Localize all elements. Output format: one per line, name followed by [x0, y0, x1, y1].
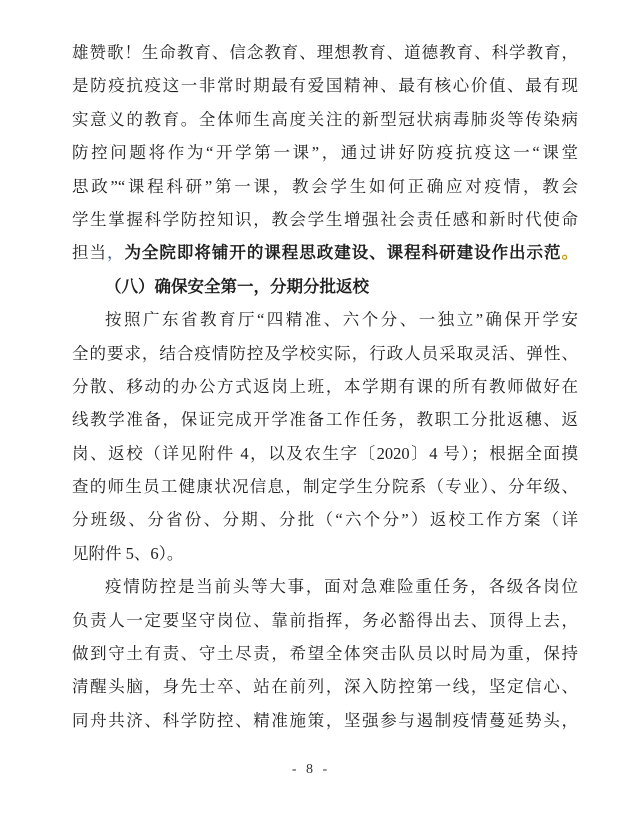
- text-line: 负责人一定要坚守岗位、靠前指挥，务必豁得出去、顶得上去，: [72, 604, 578, 637]
- text-segment: 分散、移动的办公方式返岗上班，本学期有课的所有教师做好在: [72, 377, 578, 396]
- text-segment: 按照广东省教育厅“四精准、六个分、一独立”确保开学安: [105, 310, 578, 329]
- text-line: 岗、返校（详见附件 4，以及农生字〔2020〕4 号）；根据全面摸: [72, 437, 578, 470]
- text-line: 疫情防控是当前头等大事，面对急难险重任务，各级各岗位: [72, 570, 578, 603]
- text-segment: 担当: [72, 243, 107, 262]
- text-segment: 防控问题将作为“开学第一课”，通过讲好防疫抗疫这一“课堂: [72, 143, 578, 162]
- text-line: 清醒头脑，身先士卒、站在前列，深入防控第一线，坚定信心、: [72, 670, 578, 703]
- text-line: 全的要求，结合疫情防控及学校实际，行政人员采取灵活、弹性、: [72, 337, 578, 370]
- text-segment: 同舟共济、科学防控、精准施策，坚强参与遏制疫情蔓延势头，: [72, 711, 578, 730]
- text-segment: 见附件 5、6）。: [72, 544, 183, 563]
- text-line: 是防疫抗疫这一非常时期最有爱国精神、最有核心价值、最有现: [72, 69, 578, 102]
- text-segment: 学生掌握科学防控知识，教会学生增强社会责任感和新时代使命: [72, 210, 578, 229]
- text-segment: 岗、返校（详见附件 4，以及农生字〔2020〕4 号）；根据全面摸: [72, 444, 578, 463]
- text-segment: 查的师生员工健康状况信息，制定学生分院系（专业）、分年级、: [72, 477, 578, 496]
- text-segment: 线教学准备，保证完成开学准备工作任务，教职工分批返穗、返: [72, 410, 578, 429]
- text-segment: 做到守土有责、守土尽责，希望全体突击队员以时局为重，保持: [72, 644, 578, 663]
- text-segment: 。: [562, 243, 579, 262]
- text-segment: 实意义的教育。全体师生高度关注的新型冠状病毒肺炎等传染病: [72, 110, 578, 129]
- text-line: 做到守土有责、守土尽责，希望全体突击队员以时局为重，保持: [72, 637, 578, 670]
- text-line: 思政”“课程科研”第一课，教会学生如何正确应对疫情，教会: [72, 170, 578, 203]
- section-heading: （八）确保安全第一，分期分批返校: [72, 270, 578, 303]
- text-line: 按照广东省教育厅“四精准、六个分、一独立”确保开学安: [72, 303, 578, 336]
- text-segment: 疫情防控是当前头等大事，面对急难险重任务，各级各岗位: [105, 577, 578, 596]
- text-segment: 为全院即将铺开的课程思政建设、课程科研建设作出示范: [124, 243, 561, 262]
- text-line: 分散、移动的办公方式返岗上班，本学期有课的所有教师做好在: [72, 370, 578, 403]
- text-line: 线教学准备，保证完成开学准备工作任务，教职工分批返穗、返: [72, 403, 578, 436]
- text-line: 同舟共济、科学防控、精准施策，坚强参与遏制疫情蔓延势头，: [72, 704, 578, 737]
- text-segment: ，: [107, 243, 124, 262]
- text-line: 担当，为全院即将铺开的课程思政建设、课程科研建设作出示范。: [72, 236, 578, 269]
- text-segment: 分班级、分省份、分期、分批（“六个分”）返校工作方案（详: [72, 510, 578, 529]
- page-number: - 8 -: [0, 762, 622, 778]
- text-segment: 全的要求，结合疫情防控及学校实际，行政人员采取灵活、弹性、: [72, 344, 578, 363]
- document-page: 雄赞歌！生命教育、信念教育、理想教育、道德教育、科学教育，是防疫抗疫这一非常时期…: [0, 0, 622, 830]
- text-segment: 负责人一定要坚守岗位、靠前指挥，务必豁得出去、顶得上去，: [72, 611, 578, 630]
- text-line: 防控问题将作为“开学第一课”，通过讲好防疫抗疫这一“课堂: [72, 136, 578, 169]
- text-line: 分班级、分省份、分期、分批（“六个分”）返校工作方案（详: [72, 503, 578, 536]
- text-segment: （八）确保安全第一，分期分批返校: [105, 277, 369, 296]
- text-segment: 雄赞歌！生命教育、信念教育、理想教育、道德教育、科学教育，: [72, 43, 578, 62]
- text-lines: 雄赞歌！生命教育、信念教育、理想教育、道德教育、科学教育，是防疫抗疫这一非常时期…: [72, 36, 578, 737]
- text-line: 查的师生员工健康状况信息，制定学生分院系（专业）、分年级、: [72, 470, 578, 503]
- text-line: 实意义的教育。全体师生高度关注的新型冠状病毒肺炎等传染病: [72, 103, 578, 136]
- text-line: 雄赞歌！生命教育、信念教育、理想教育、道德教育、科学教育，: [72, 36, 578, 69]
- text-segment: 清醒头脑，身先士卒、站在前列，深入防控第一线，坚定信心、: [72, 677, 578, 696]
- text-line: 见附件 5、6）。: [72, 537, 578, 570]
- text-segment: 是防疫抗疫这一非常时期最有爱国精神、最有核心价值、最有现: [72, 76, 578, 95]
- text-segment: 思政”“课程科研”第一课，教会学生如何正确应对疫情，教会: [72, 177, 578, 196]
- text-line: 学生掌握科学防控知识，教会学生增强社会责任感和新时代使命: [72, 203, 578, 236]
